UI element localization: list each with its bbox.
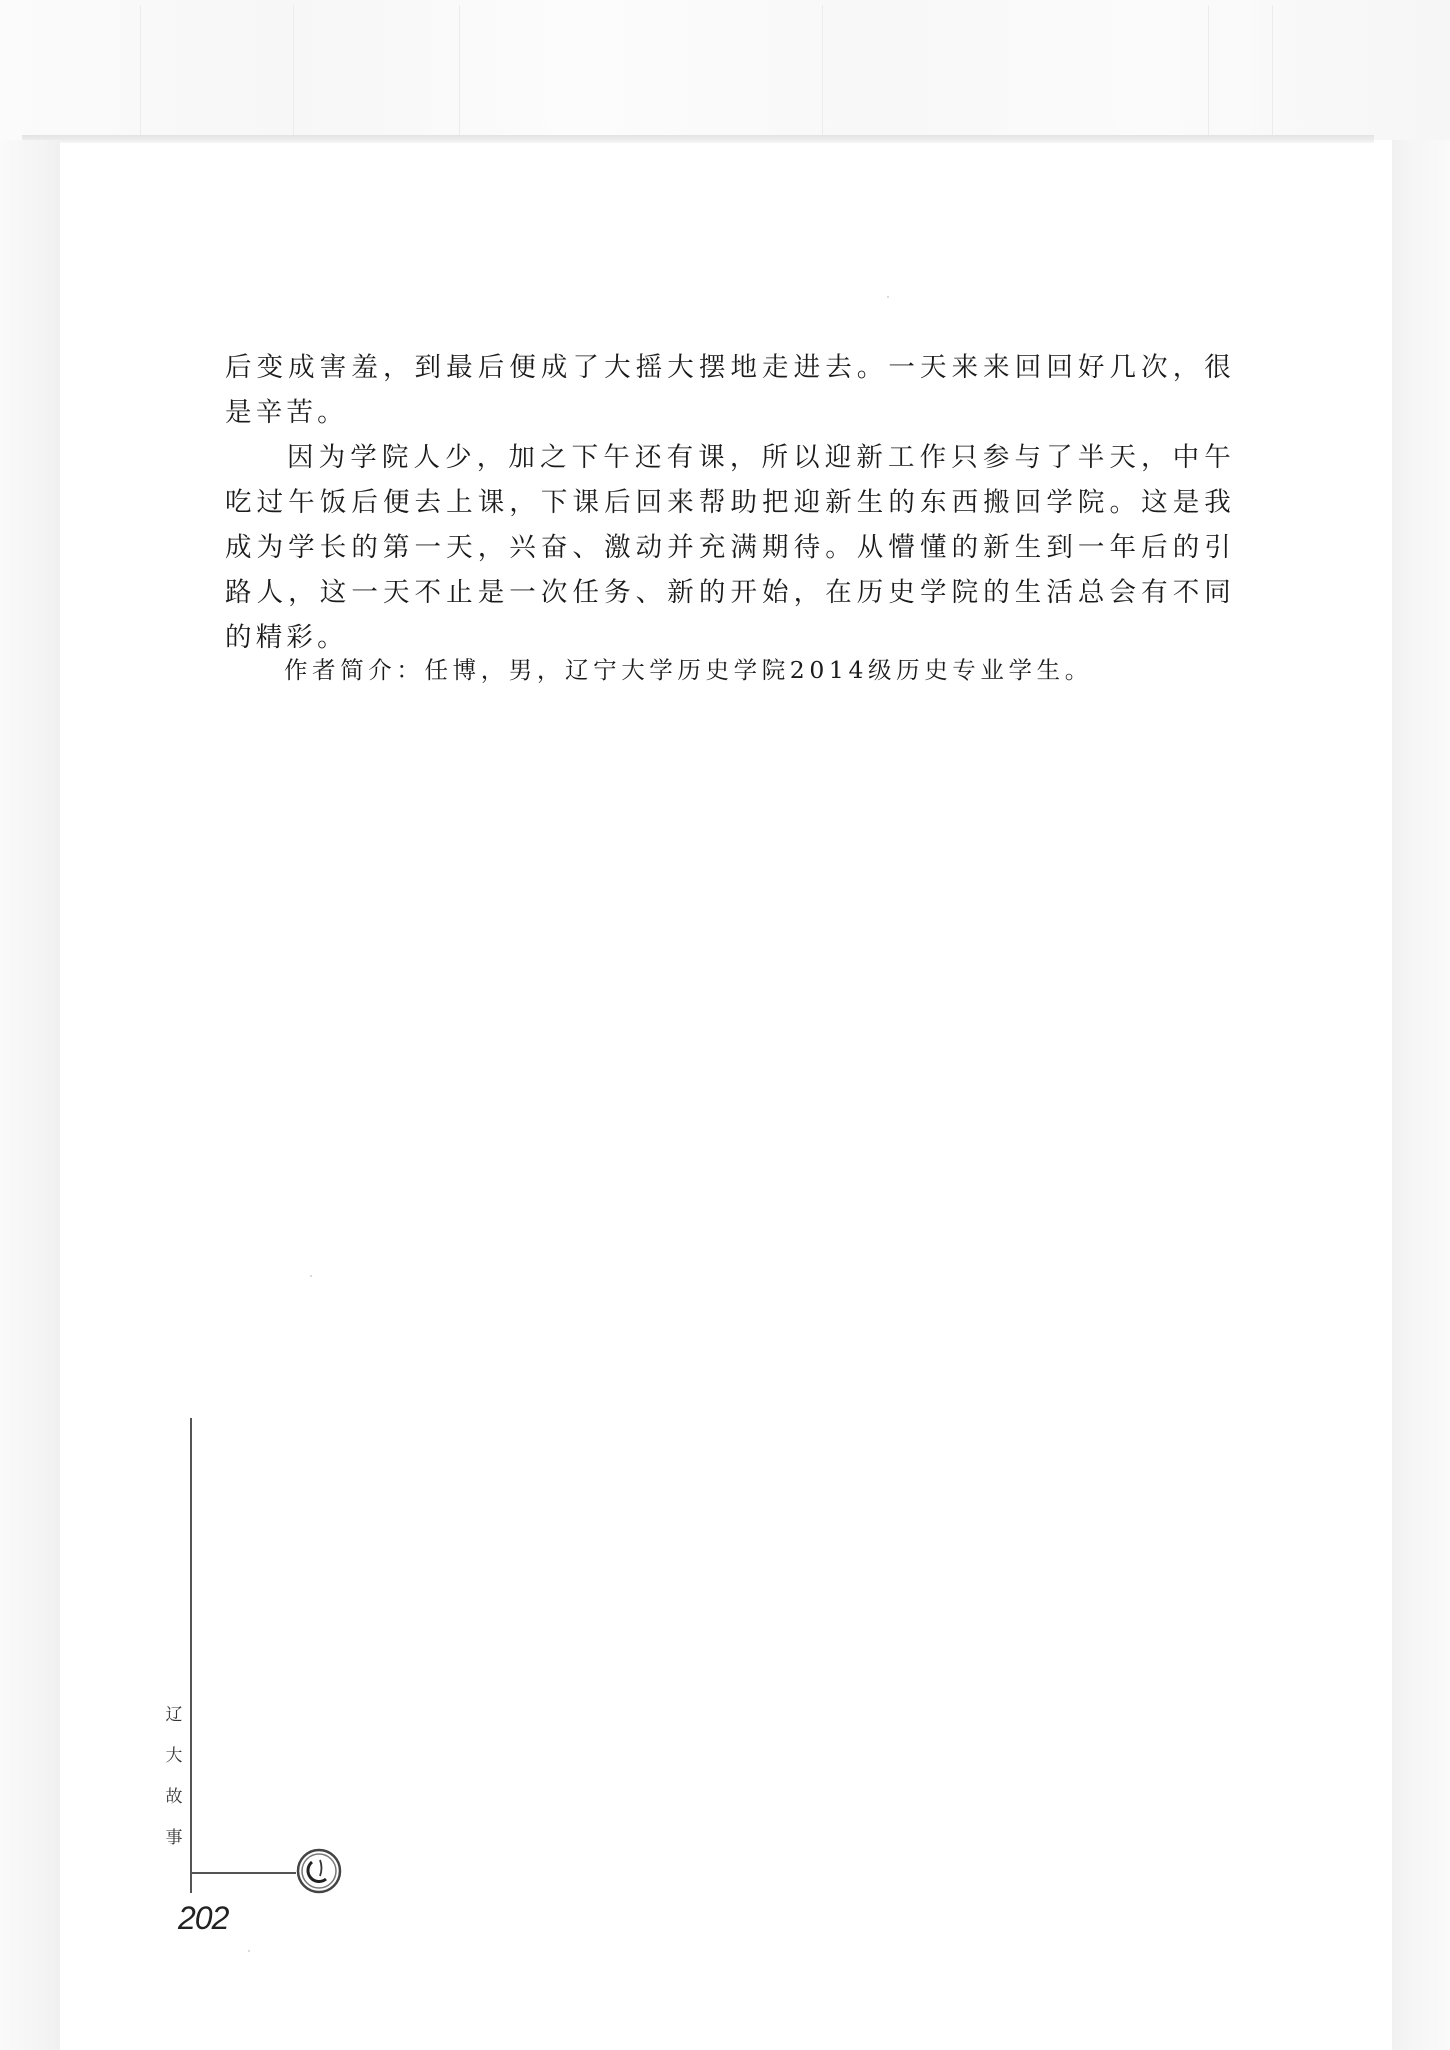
running-book-title: 辽 大 故 事 — [162, 1695, 186, 1859]
paragraph: 因为学院人少，加之下午还有课，所以迎新工作只参与了半天，中午吃过午饭后便去上课，… — [225, 435, 1235, 660]
book-title-char: 辽 — [162, 1695, 186, 1736]
scan-line — [1272, 5, 1273, 140]
scan-line — [140, 5, 141, 140]
page-number: 202 — [178, 1900, 228, 1937]
scan-line — [459, 5, 460, 140]
scan-speck — [248, 1950, 250, 1952]
book-title-char: 事 — [162, 1818, 186, 1859]
circle-emblem-icon — [296, 1848, 342, 1894]
scan-line — [1208, 5, 1209, 140]
scan-artifact-top — [0, 0, 1450, 140]
author-bio: 作者简介：任博，男，辽宁大学历史学院2014级历史专业学生。 — [284, 650, 1184, 690]
scan-speck — [887, 296, 889, 298]
margin-horizontal-rule — [190, 1872, 296, 1874]
scan-artifact-left — [0, 140, 60, 2050]
body-text: 后变成害羞，到最后便成了大摇大摆地走进去。一天来来回回好几次，很是辛苦。 因为学… — [225, 345, 1235, 660]
margin-vertical-rule — [190, 1418, 192, 1893]
paragraph: 后变成害羞，到最后便成了大摇大摆地走进去。一天来来回回好几次，很是辛苦。 — [225, 345, 1235, 435]
page-edge-shadow — [22, 135, 1374, 143]
book-title-char: 大 — [162, 1736, 186, 1777]
book-title-char: 故 — [162, 1777, 186, 1818]
scan-artifact-right — [1392, 140, 1450, 2050]
scan-speck — [310, 1275, 312, 1277]
scan-line — [293, 5, 294, 140]
scan-line — [822, 5, 823, 140]
